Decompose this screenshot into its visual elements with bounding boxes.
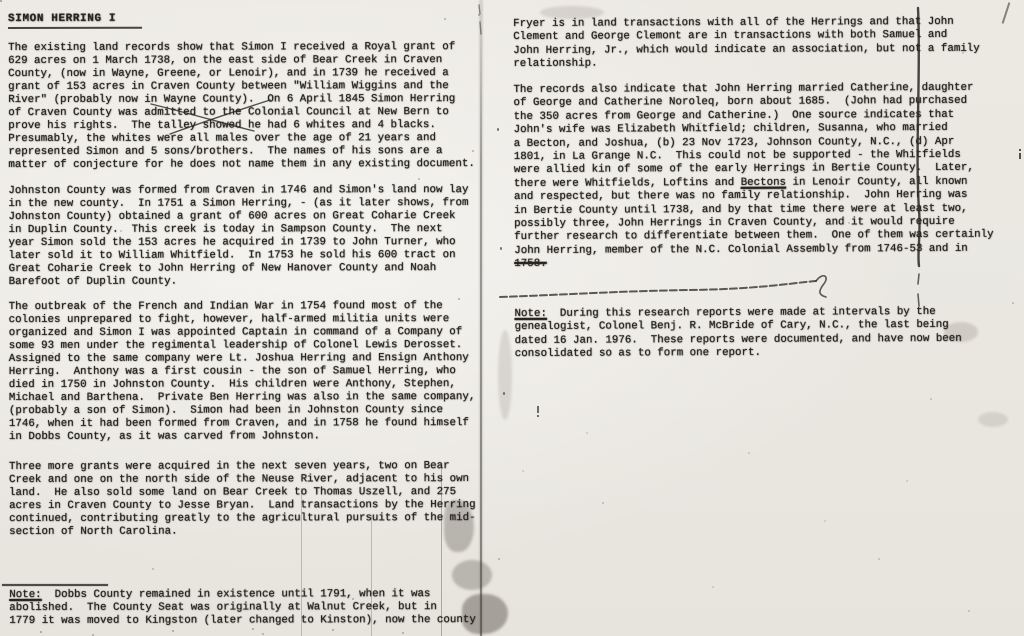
note-dobbs-county: Note: Dobbs County remained in existence… xyxy=(9,588,476,628)
paragraph-royal-grants: The existing land records show that Simo… xyxy=(8,41,475,172)
text-line: land. He also sold some land on Bear Cre… xyxy=(9,486,476,500)
text-line: in the new county. In 1751 a Simon Herri… xyxy=(8,197,468,211)
text-line: organized and Simon I was appointed Capt… xyxy=(9,326,476,340)
text-line: abolished. The County Seat was originall… xyxy=(9,601,476,615)
text-line: Herring. Anthony was a first cousin - th… xyxy=(9,365,476,379)
text-line: County, (now in Wayne, Greene, or Lenoir… xyxy=(8,67,475,81)
text-line: represented Simon and 5 sons/brothers. T… xyxy=(8,145,475,159)
text-line: The outbreak of the French and Indian Wa… xyxy=(9,300,476,314)
text-line: 629 acres on 1 March 1738, on the east s… xyxy=(8,54,475,68)
text-line: Assigned to the same company were Lt. Jo… xyxy=(9,352,476,366)
text-line: in Dobbs County, as it was carved from J… xyxy=(9,430,476,444)
text-line: prove his rights. The talley showed he h… xyxy=(8,119,475,133)
text-line: acres in Craven County to Jesse Bryan. L… xyxy=(9,499,476,513)
text-line: John Herring, member of the N.C. Colonia… xyxy=(514,242,994,258)
text-line: 1746, when it had been formed from Crave… xyxy=(9,417,476,431)
text-line: (probably a son of Simon). Simon had bee… xyxy=(9,404,476,418)
text-line: colonies unprepared to fight, however, h… xyxy=(9,313,476,327)
scan-smudge xyxy=(498,330,512,420)
note-research-reports: Note: During this research reports were … xyxy=(515,306,962,362)
text-line: Presumably, the whites were all males ov… xyxy=(8,132,475,146)
text-line: Barefoot of Duplin County. xyxy=(9,275,469,289)
text-line: section of North Carolina. xyxy=(9,525,476,539)
text-line: later sold it to William Whitfield. In 1… xyxy=(9,249,469,263)
paragraph-fryer-transactions: Fryer is in land transactions with all o… xyxy=(513,16,980,72)
paragraph-three-more-grants: Three more grants were acquired in the n… xyxy=(9,460,476,539)
text-line: grant of 153 acres in Craven County betw… xyxy=(8,80,475,94)
text-line: died in 1750 in Johnston County. His chi… xyxy=(9,378,476,392)
text-line: continued, contributing greatly to the a… xyxy=(9,512,476,526)
scanned-document-page: SIMON HERRING I The existing land record… xyxy=(0,0,1024,636)
paragraph-johnston-county: Johnston County was formed from Craven i… xyxy=(8,184,468,289)
gutter-dot xyxy=(503,392,505,395)
text-line: year Simon sold the 153 acres he acquire… xyxy=(8,236,468,250)
paragraph-john-herring-records: The records also indicate that John Herr… xyxy=(513,82,993,272)
text-line: relationship. xyxy=(513,56,980,72)
text-line: River" (probably now in Wayne County). O… xyxy=(8,93,475,107)
text-line: Michael and Barthena. Private Ben Herrin… xyxy=(9,391,476,405)
text-line: in Duplin County. This creek is today in… xyxy=(8,223,468,237)
text-line: Johnston County was formed from Craven i… xyxy=(8,184,468,198)
document-title: SIMON HERRING I xyxy=(8,13,142,29)
text-line: Note: Dobbs County remained in existence… xyxy=(9,588,476,602)
text-line: Great Coharie Creek to John Herring of N… xyxy=(9,262,469,276)
text-line: matter of conjecture for he does not nam… xyxy=(8,158,475,172)
text-line: Three more grants were acquired in the n… xyxy=(9,460,476,474)
text-line: some 93 men under the regimental leaders… xyxy=(9,339,476,353)
right-column: Fryer is in land transactions with all o… xyxy=(513,0,1021,636)
text-line: Creek and one on the north side of the N… xyxy=(9,473,476,487)
text-line: 1779 it was moved to Kingston (later cha… xyxy=(9,614,476,628)
gutter-dot xyxy=(500,247,502,250)
text-line: Johnston County) obtained a grant of 600… xyxy=(8,210,468,224)
text-line: consolidated so as to form one report. xyxy=(515,346,962,362)
left-column: SIMON HERRING I The existing land record… xyxy=(8,0,495,636)
text-line: John Herring, Jr., which would indicate … xyxy=(513,43,980,59)
gutter-dot xyxy=(497,128,499,131)
paragraph-french-indian-war: The outbreak of the French and Indian Wa… xyxy=(9,300,476,444)
scan-noise-specks xyxy=(0,0,2,2)
margin-mark xyxy=(1019,153,1021,159)
text-line: of Craven County was admitted to the Col… xyxy=(8,106,475,120)
text-line: The existing land records show that Simo… xyxy=(8,41,475,55)
text-line: dated 16 Jan. 1976. These reports were d… xyxy=(515,333,962,349)
text-line: 1758. xyxy=(514,256,994,272)
